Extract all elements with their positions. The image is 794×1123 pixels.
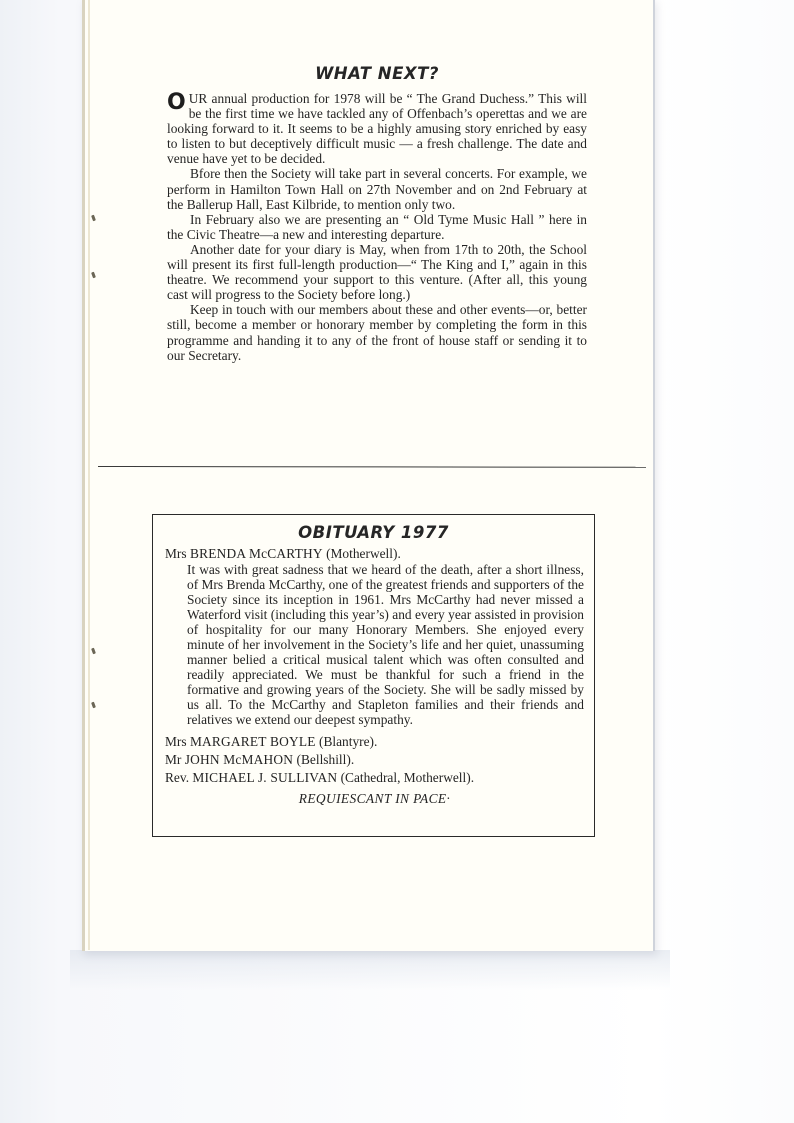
obituary-entry: Rev. MICHAEL J. SULLIVAN (Cathedral, Mot… — [165, 770, 584, 786]
obituary-list: Mrs MARGARET BOYLE (Blantyre). Mr JOHN M… — [165, 734, 584, 786]
what-next-section: WHAT NEXT? OUR annual production for 197… — [167, 64, 587, 363]
what-next-paragraph: Another date for your diary is May, when… — [167, 242, 587, 302]
entry-location: (Bellshill). — [297, 752, 355, 767]
obituary-entry: Mrs MARGARET BOYLE (Blantyre). — [165, 734, 584, 750]
page-shadow — [70, 950, 670, 990]
what-next-title: WHAT NEXT? — [167, 64, 587, 83]
obituary-box: OBITUARY 1977 Mrs BRENDA McCARTHY (Mothe… — [152, 514, 595, 837]
entry-title-prefix: Mr — [165, 752, 181, 767]
what-next-paragraph: OUR annual production for 1978 will be “… — [167, 91, 587, 166]
entry-title-prefix: Rev. — [165, 770, 189, 785]
entry-location: (Motherwell). — [326, 546, 401, 561]
paragraph-text: UR annual production for 1978 will be “ … — [167, 91, 587, 166]
obituary-entry: Mr JOHN McMAHON (Bellshill). — [165, 752, 584, 768]
entry-name: JOHN McMAHON — [185, 752, 293, 767]
entry-title-prefix: Mrs — [165, 734, 187, 749]
obituary-content: Mrs BRENDA McCARTHY (Motherwell). It was… — [153, 546, 594, 807]
entry-title-prefix: Mrs — [165, 546, 187, 561]
what-next-paragraph: Keep in touch with our members about the… — [167, 302, 587, 362]
obituary-entry-main: Mrs BRENDA McCARTHY (Motherwell). — [165, 546, 584, 562]
what-next-paragraph: Bfore then the Society will take part in… — [167, 166, 587, 211]
requiescant-closing: REQUIESCANT IN PACE· — [165, 791, 584, 807]
page-binding-fold — [88, 0, 90, 950]
obituary-title: OBITUARY 1977 — [153, 523, 594, 542]
entry-location: (Cathedral, Motherwell). — [341, 770, 475, 785]
drop-cap: O — [167, 92, 186, 114]
entry-location: (Blantyre). — [319, 734, 377, 749]
entry-name: BRENDA McCARTHY — [190, 546, 323, 561]
entry-name: MARGARET BOYLE — [190, 734, 316, 749]
obituary-tribute: It was with great sadness that we heard … — [187, 562, 584, 728]
entry-name: MICHAEL J. SULLIVAN — [192, 770, 337, 785]
what-next-paragraph: In February also we are presenting an “ … — [167, 212, 587, 242]
